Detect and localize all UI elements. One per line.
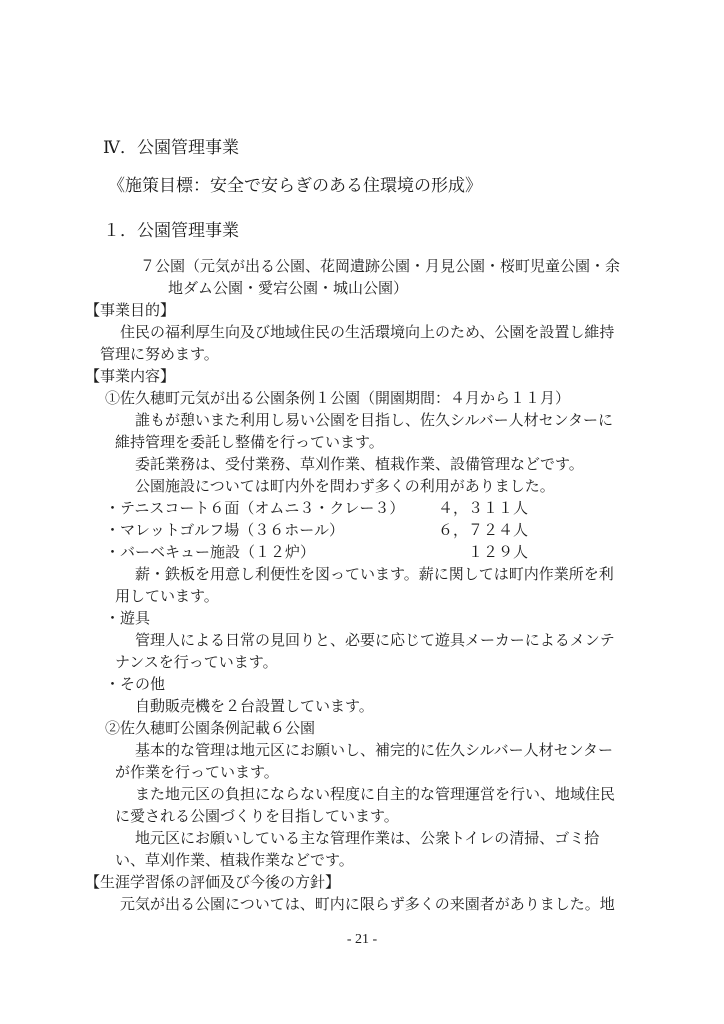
- facility-usage-row: ・バーベキュー施設（１２炉） １２９人: [105, 542, 639, 564]
- body-line: 地元区にお願いしている主な管理作業は、公衆トイレの清掃、ゴミ拾: [135, 828, 639, 850]
- item-number-line: ②佐久穂町公園条例記載６公園: [105, 718, 639, 740]
- facility-label: ・マレットゴルフ場（３６ホール）: [105, 523, 344, 539]
- body-line: また地元区の負担にならない程度に自主的な管理運営を行い、地域住民: [135, 784, 639, 806]
- body-line: が作業を行っています。: [115, 762, 639, 784]
- document-content: Ⅳ．公園管理事業 《施策目標：安全で安らぎのある住環境の形成》 １．公園管理事業…: [85, 137, 639, 916]
- body-line: 基本的な管理は地元区にお願いし、補完的に佐久シルバー人材センター: [135, 740, 639, 762]
- section-number-heading: １．公園管理事業: [103, 220, 639, 242]
- facility-usage-row: ・マレットゴルフ場（３６ホール） ６，７２４人: [105, 520, 639, 542]
- body-line: 委託業務は、受付業務、草刈作業、植栽作業、設備管理などです。: [135, 454, 639, 476]
- facility-usage-value: ４，３１１人: [438, 498, 528, 520]
- body-line: 薪・鉄板を用意し利便性を図っています。薪に関しては町内作業所を利: [135, 564, 639, 586]
- section-label-contents: 【事業内容】: [85, 366, 639, 388]
- bullet-line-other: ・その他: [105, 674, 639, 696]
- body-line: い、草刈作業、植栽作業などです。: [115, 850, 639, 872]
- body-line: 管理人による日常の見回りと、必要に応じて遊具メーカーによるメンテ: [135, 630, 639, 652]
- body-line: 自動販売機を２台設置しています。: [135, 696, 639, 718]
- facility-usage-value: １２９人: [468, 542, 528, 564]
- document-page: Ⅳ．公園管理事業 《施策目標：安全で安らぎのある住環境の形成》 １．公園管理事業…: [0, 0, 724, 1024]
- park-summary-line: 地ダム公園・愛宕公園・城山公園）: [168, 278, 639, 300]
- body-line: 元気が出る公園については、町内に限らず多くの来園者がありました。地: [120, 894, 639, 916]
- body-line: 用しています。: [115, 586, 639, 608]
- body-line: 管理に努めます。: [100, 344, 639, 366]
- body-line: ナンスを行っています。: [115, 652, 639, 674]
- chapter-heading: Ⅳ．公園管理事業: [103, 137, 639, 159]
- section-label-evaluation: 【生涯学習係の評価及び今後の方針】: [85, 872, 639, 894]
- body-line: 維持管理を委託し整備を行っています。: [115, 432, 639, 454]
- body-line: 住民の福利厚生向及び地域住民の生活環境向上のため、公園を設置し維持: [120, 322, 639, 344]
- body-line: 公園施設については町内外を問わず多くの利用がありました。: [135, 476, 639, 498]
- page-number: - 21 -: [0, 930, 724, 950]
- facility-usage-value: ６，７２４人: [438, 520, 528, 542]
- body-line: に愛される公園づくりを目指しています。: [115, 806, 639, 828]
- body-line: 誰もが憩いまた利用し易い公園を目指し、佐久シルバー人材センターに: [135, 410, 639, 432]
- facility-label: ・テニスコート６面（オムニ３・クレー３）: [105, 501, 404, 517]
- park-summary-line: ７公園（元気が出る公園、花岡遺跡公園・月見公園・桜町児童公園・余: [140, 256, 639, 278]
- bullet-line-playground: ・遊具: [105, 608, 639, 630]
- item-number-line: ①佐久穂町元気が出る公園条例１公園（開園期間：４月から１１月）: [105, 388, 639, 410]
- section-label-purpose: 【事業目的】: [85, 300, 639, 322]
- facility-usage-row: ・テニスコート６面（オムニ３・クレー３） ４，３１１人: [105, 498, 639, 520]
- policy-goal-heading: 《施策目標：安全で安らぎのある住環境の形成》: [108, 175, 639, 197]
- facility-label: ・バーベキュー施設（１２炉）: [105, 545, 315, 561]
